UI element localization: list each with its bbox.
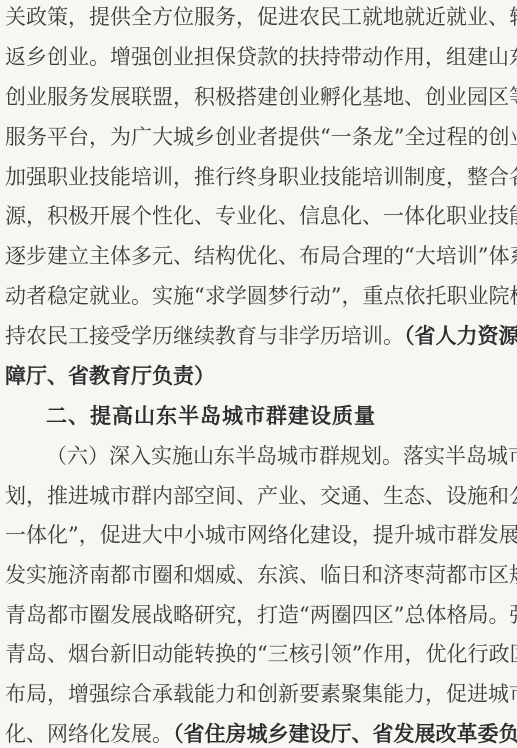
- section-heading: 二、提高山东半岛城市群建设质量: [46, 396, 513, 436]
- text-line: 逐步建立主体多元、结构优化、布局合理的“大培训”体系，推动劳: [5, 236, 513, 276]
- text-line: 划，推进城市群内部空间、产业、交通、生态、设施和公共服务“六个: [5, 476, 513, 516]
- text-line: 布局，增强综合承载能力和创新要素聚集能力，促进城市群一体: [5, 674, 513, 714]
- text-line: （六）深入实施山东半岛城市群规划。落实半岛城市群发展规: [46, 436, 513, 476]
- text-line: 青岛都市圈发展战略研究，打造“两圈四区”总体格局。强化济南、: [5, 595, 513, 635]
- text-line: 创业服务发展联盟，积极搭建创业孵化基地、创业园区等新型创业: [5, 77, 513, 117]
- text-line: 持农民工接受学历继续教育与非学历培训。（省人力资源社会保: [5, 316, 513, 356]
- text-line: 发实施济南都市圈和烟威、东滨、临日和济枣菏都市区规划，开展: [5, 555, 513, 595]
- text-segment: 持农民工接受学历继续教育与非学历培训。: [5, 324, 404, 348]
- text-line: 一体化”，促进大中小城市网络化建设，提升城市群发展质量。印: [5, 515, 513, 555]
- text-line: 返乡创业。增强创业担保贷款的扶持带动作用，组建山东省创新: [5, 37, 513, 77]
- text-segment: 化、网络化发展。: [5, 722, 173, 746]
- text-line: 加强职业技能培训，推行终身职业技能培训制度，整合各类培训资: [5, 157, 513, 197]
- text-line: 源，积极开展个性化、专业化、信息化、一体化职业技能培训服务，: [5, 196, 513, 236]
- text-line: 服务平台，为广大城乡创业者提供“一条龙”全过程的创业服务。: [5, 117, 513, 157]
- text-line: 动者稳定就业。实施“求学圆梦行动”，重点依托职业院校广泛支: [5, 276, 513, 316]
- responsible-department: （省住房城乡建设厅、省发展改革委负责）: [173, 722, 517, 746]
- text-line: 关政策，提供全方位服务，促进农民工就地就近就业、转移就业和: [5, 0, 513, 37]
- document-page: 关政策，提供全方位服务，促进农民工就地就近就业、转移就业和 返乡创业。增强创业担…: [0, 0, 517, 748]
- responsible-department: 障厅、省教育厅负责）: [5, 356, 513, 396]
- text-line: 青岛、烟台新旧动能转换的“三核引领”作用，优化行政区划和功能: [5, 634, 513, 674]
- responsible-department: （省人力资源社会保: [404, 324, 517, 348]
- text-line: 化、网络化发展。（省住房城乡建设厅、省发展改革委负责）: [5, 714, 513, 748]
